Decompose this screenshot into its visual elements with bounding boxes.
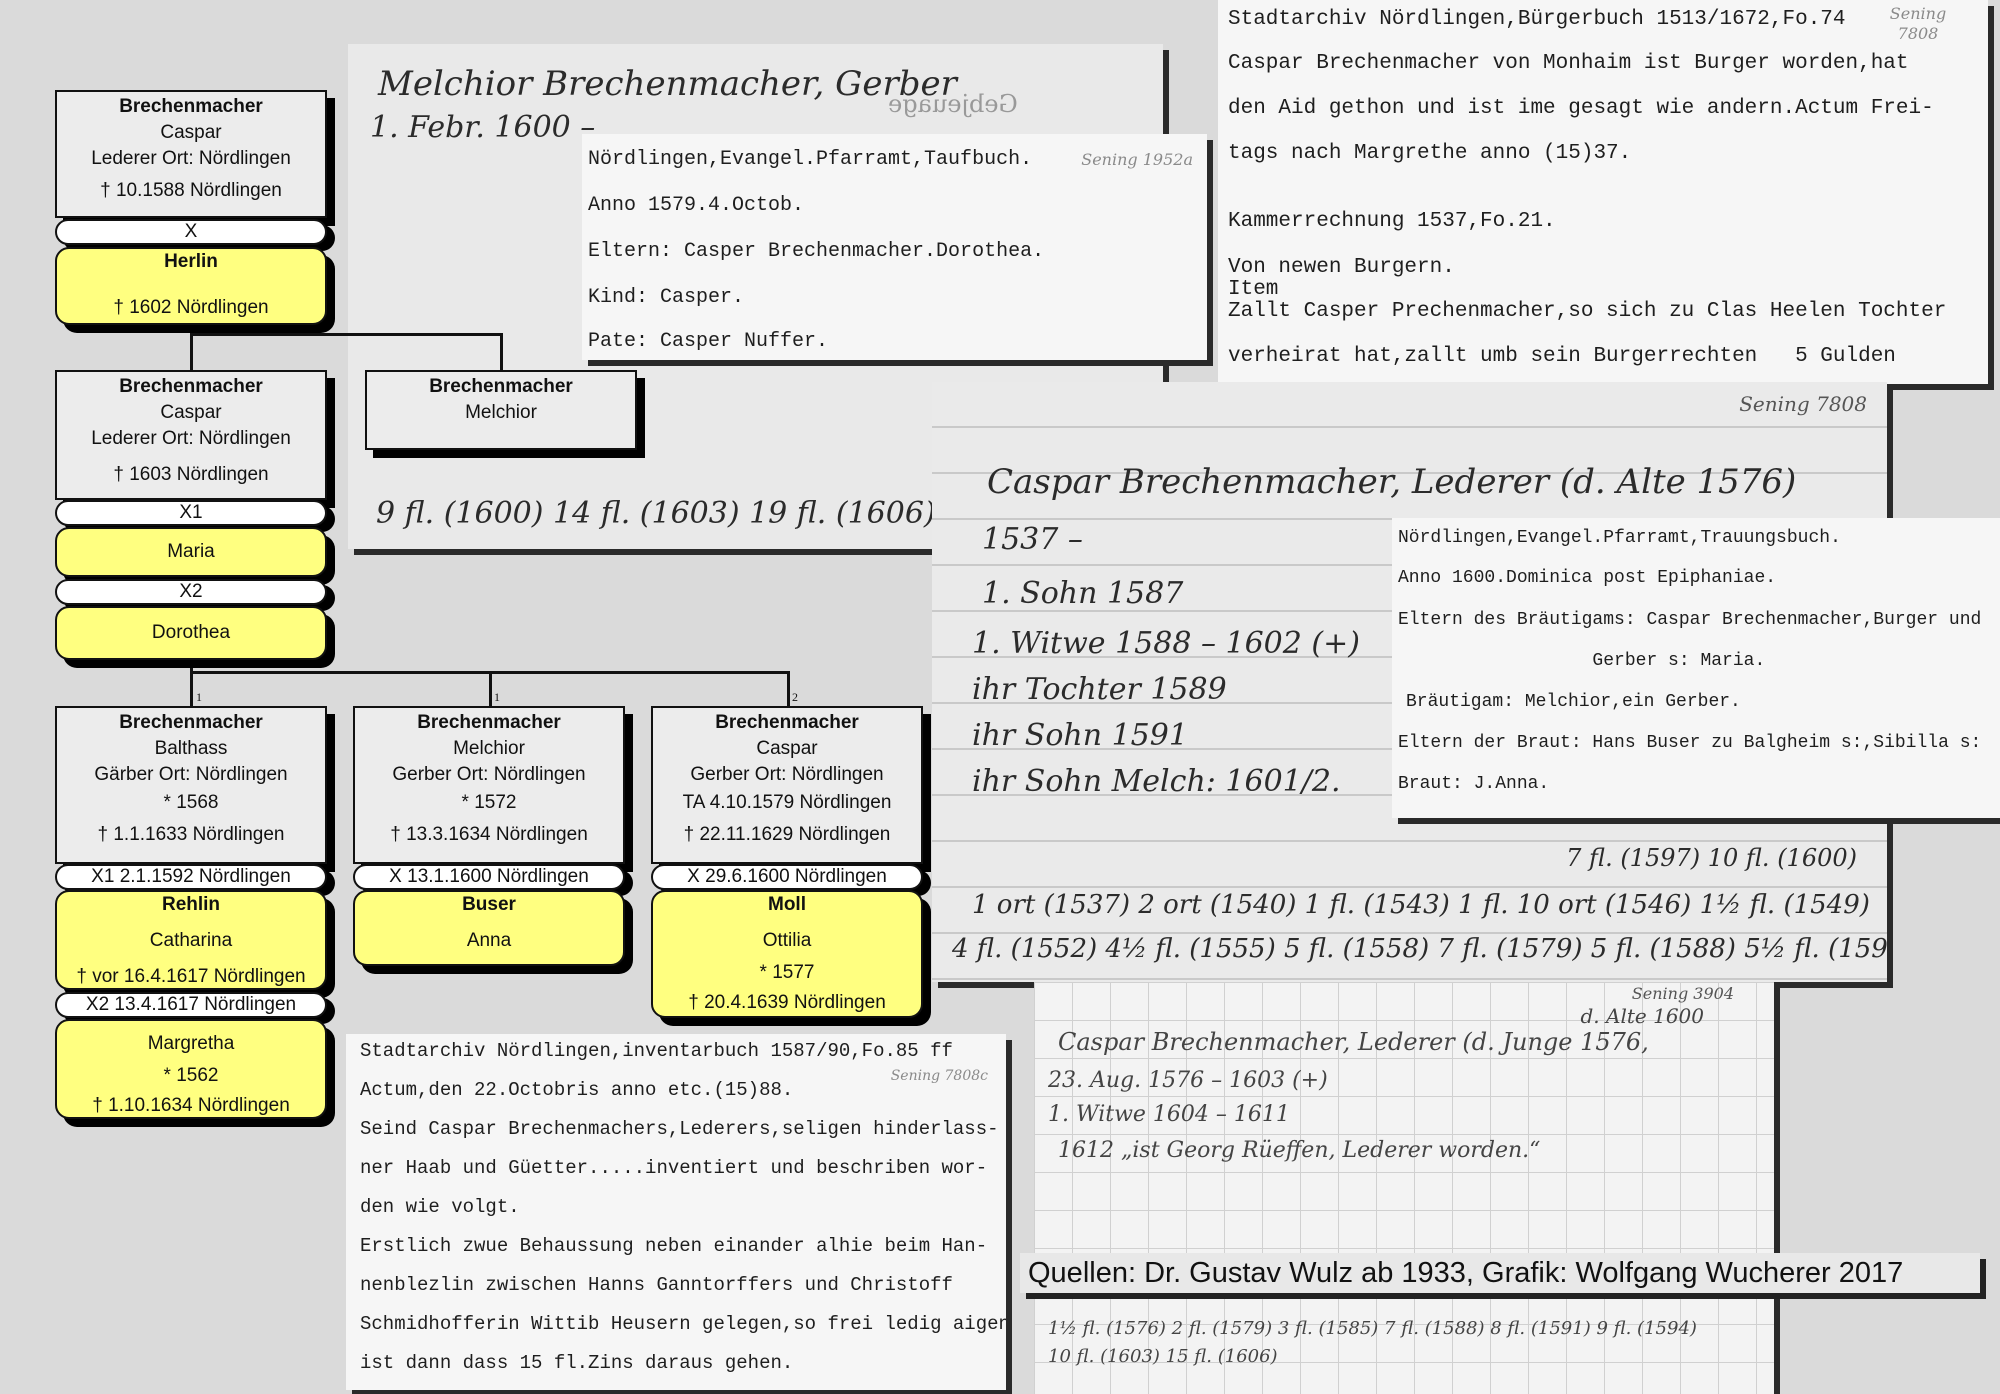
person-occupation: Gärber Ort: Nördlingen (57, 762, 325, 788)
spouse-death: † 20.4.1639 Nördlingen (653, 990, 921, 1016)
caspar-card-payments-top: 7 fl. (1597) 10 fl. (1600) (1566, 844, 1857, 872)
buergerbuch-line: tags nach Margrethe anno (15)37. (1228, 142, 1631, 165)
person-occupation: Gerber Ort: Nördlingen (653, 762, 921, 788)
spouse-surname: Rehlin (57, 892, 325, 918)
spouse-rehlin[interactable]: Rehlin Catharina † vor 16.4.1617 Nördlin… (55, 890, 327, 990)
trauungsbuch-line: Bräutigam: Melchior,ein Gerber. (1406, 692, 1741, 712)
marriage-label: X2 (55, 579, 327, 605)
person-occupation: Lederer Ort: Nördlingen (57, 146, 325, 172)
caspar-card-line: 1537 – (982, 522, 1083, 557)
grid-card-heading: Caspar Brechenmacher, Lederer (d. Junge … (1058, 1028, 1649, 1056)
caspar-card-line: ihr Sohn 1591 (972, 718, 1188, 753)
spouse-surname: Herlin (57, 249, 325, 275)
spouse-surname: Moll (653, 892, 921, 918)
inventarbuch-line: den wie volgt. (360, 1196, 520, 1218)
spouse-moll[interactable]: Moll Ottilia * 1577 † 20.4.1639 Nördling… (651, 890, 923, 1018)
person-caspar-gen3[interactable]: Brechenmacher Caspar Gerber Ort: Nördlin… (651, 706, 923, 864)
buergerbuch-signature: Sening 7808 (1888, 4, 1948, 44)
buergerbuch-line: den Aid gethon und ist ime gesagt wie an… (1228, 97, 1934, 120)
buergerbuch-line: Stadtarchiv Nördlingen,Bürgerbuch 1513/1… (1228, 8, 1846, 31)
buergerbuch-line: Von newen Burgern. (1228, 256, 1455, 279)
marriage-label: X2 13.4.1617 Nördlingen (55, 992, 327, 1018)
credits-caption: Quellen: Dr. Gustav Wulz ab 1933, Grafik… (1020, 1253, 1980, 1293)
grid-handwritten-card: Sening 3904 d. Alte 1600 Caspar Brechenm… (1034, 982, 1774, 1394)
person-given-name: Caspar (653, 736, 921, 762)
inventarbuch-line: Schmidhofferin Wittib Heusern gelegen,so… (360, 1313, 1006, 1335)
inventarbuch-line: Actum,den 22.Octobris anno etc.(15)88. (360, 1079, 793, 1101)
trauungsbuch-line: Nördlingen,Evangel.Pfarramt,Trauungsbuch… (1398, 528, 1841, 548)
inventarbuch-line: Seind Caspar Brechenmachers,Lederers,sel… (360, 1118, 999, 1140)
taufbuch-card: Sening 1952a Nördlingen,Evangel.Pfarramt… (582, 134, 1207, 360)
child-index: 1 (494, 690, 500, 705)
person-surname: Brechenmacher (355, 710, 623, 736)
melchior-card-mirror-text: Gebjeuage (888, 90, 1018, 118)
person-given-name: Caspar (57, 120, 325, 146)
person-birth: * 1568 (57, 790, 325, 816)
spouse-birth: * 1562 (57, 1063, 325, 1089)
spouse-maria[interactable]: Maria (55, 527, 327, 577)
marriage-label: X1 (55, 500, 327, 526)
spouse-given-name: Ottilia (653, 928, 921, 954)
person-surname: Brechenmacher (653, 710, 921, 736)
person-melchior-gen2[interactable]: Brechenmacher Melchior (365, 370, 637, 450)
inventarbuch-line: ner Haab und Güetter.....inventiert und … (360, 1157, 987, 1179)
spouse-given-name: Maria (57, 529, 325, 575)
connector-line (500, 333, 503, 371)
person-surname: Brechenmacher (57, 374, 325, 400)
person-given-name: Melchior (355, 736, 623, 762)
spouse-herlin[interactable]: Herlin † 1602 Nördlingen (55, 247, 327, 325)
spouse-death: † 1.10.1634 Nördlingen (57, 1093, 325, 1119)
buergerbuch-line: Kammerrechnung 1537,Fo.21. (1228, 210, 1556, 233)
spouse-buser[interactable]: Buser Anna (353, 890, 625, 966)
caspar-card-line: ihr Sohn Melch: 1601/2. (972, 764, 1341, 799)
caspar-card-payments: 1 ort (1537) 2 ort (1540) 1 fl. (1543) 1… (972, 890, 1870, 920)
taufbuch-signature: Sening 1952a (1081, 150, 1193, 169)
trauungsbuch-line: Gerber s: Maria. (1398, 651, 1765, 671)
person-given-name: Balthass (57, 736, 325, 762)
inventarbuch-line: Stadtarchiv Nördlingen,inventarbuch 1587… (360, 1040, 953, 1062)
grid-card-payments: 10 fl. (1603) 15 fl. (1606) (1048, 1346, 1278, 1367)
person-caspar-gen1[interactable]: Brechenmacher Caspar Lederer Ort: Nördli… (55, 90, 327, 218)
grid-card-payments: 1½ fl. (1576) 2 fl. (1579) 3 fl. (1585) … (1048, 1318, 1697, 1339)
grid-card-signature: Sening 3904 (1632, 984, 1734, 1003)
marriage-label: X (55, 219, 327, 245)
connector-line (190, 325, 193, 370)
spouse-given-name: Anna (355, 928, 623, 954)
melchior-card-date: 1. Febr. 1600 – (370, 110, 595, 145)
trauungsbuch-line: Braut: J.Anna. (1398, 774, 1549, 794)
person-balthass[interactable]: Brechenmacher Balthass Gärber Ort: Nördl… (55, 706, 327, 864)
inventarbuch-line: Erstlich zwue Behaussung neben einander … (360, 1235, 987, 1257)
connector-line (787, 671, 790, 706)
person-surname: Brechenmacher (57, 710, 325, 736)
caspar-card-line: ihr Tochter 1589 (972, 672, 1227, 707)
taufbuch-line: Pate: Casper Nuffer. (588, 330, 828, 353)
spouse-given-name: Catharina (57, 928, 325, 954)
buergerbuch-line: Zallt Casper Prechenmacher,so sich zu Cl… (1228, 300, 1946, 323)
person-given-name: Melchior (367, 400, 635, 426)
melchior-card-payments: 9 fl. (1600) 14 fl. (1603) 19 fl. (1606) (376, 496, 936, 531)
person-caspar-gen2[interactable]: Brechenmacher Caspar Lederer Ort: Nördli… (55, 370, 327, 500)
connector-line (190, 660, 193, 706)
spouse-given-name: Margretha (57, 1031, 325, 1057)
person-occupation: Gerber Ort: Nördlingen (355, 762, 623, 788)
grid-card-line: 23. Aug. 1576 – 1603 (+) (1048, 1068, 1328, 1093)
marriage-label: X 13.1.1600 Nördlingen (353, 864, 625, 890)
child-index: 2 (792, 690, 798, 705)
spouse-given-name: Dorothea (57, 608, 325, 658)
marriage-label: X 29.6.1600 Nördlingen (651, 864, 923, 890)
trauungsbuch-card: Nördlingen,Evangel.Pfarramt,Trauungsbuch… (1392, 518, 2000, 818)
spouse-birth: * 1577 (653, 960, 921, 986)
buergerbuch-line: verheirat hat,zallt umb sein Burgerrecht… (1228, 345, 1896, 368)
taufbuch-line: Anno 1579.4.Octob. (588, 194, 804, 217)
caspar-card-line: 1. Sohn 1587 (982, 576, 1183, 611)
inventarbuch-line: nenblezlin zwischen Hanns Ganntorffers u… (360, 1274, 953, 1296)
person-death: † 10.1588 Nördlingen (57, 178, 325, 204)
buergerbuch-card: Sening 7808 Stadtarchiv Nördlingen,Bürge… (1218, 0, 1988, 384)
caspar-card-signature: Sening 7808 (1739, 392, 1867, 416)
connector-line (190, 333, 502, 336)
connector-line (489, 671, 492, 706)
person-death: † 13.3.1634 Nördlingen (355, 822, 623, 848)
grid-card-note: d. Alte 1600 (1581, 1004, 1705, 1028)
person-death: † 22.11.1629 Nördlingen (653, 822, 921, 848)
person-surname: Brechenmacher (57, 94, 325, 120)
trauungsbuch-line: Anno 1600.Dominica post Epiphaniae. (1398, 568, 1776, 588)
spouse-margretha[interactable]: Margretha * 1562 † 1.10.1634 Nördlingen (55, 1019, 327, 1119)
marriage-label: X1 2.1.1592 Nördlingen (55, 864, 327, 890)
spouse-death: † 1602 Nördlingen (57, 295, 325, 321)
spouse-death: † vor 16.4.1617 Nördlingen (57, 964, 325, 990)
grid-card-line: 1612 „ist Georg Rüeffen, Lederer worden.… (1058, 1138, 1540, 1163)
melchior-card-heading: Melchior Brechenmacher, Gerber (378, 64, 957, 104)
inventarbuch-card: Sening 7808c Stadtarchiv Nördlingen,inve… (346, 1034, 1006, 1390)
person-surname: Brechenmacher (367, 374, 635, 400)
inventarbuch-signature: Sening 7808c (891, 1068, 988, 1084)
taufbuch-line: Kind: Casper. (588, 286, 744, 309)
person-occupation: Lederer Ort: Nördlingen (57, 426, 325, 452)
grid-card-line: 1. Witwe 1604 – 1611 (1048, 1102, 1290, 1127)
trauungsbuch-line: Eltern der Braut: Hans Buser zu Balgheim… (1398, 733, 1981, 753)
person-melchior-gen3[interactable]: Brechenmacher Melchior Gerber Ort: Nördl… (353, 706, 625, 864)
person-death: † 1603 Nördlingen (57, 462, 325, 488)
person-given-name: Caspar (57, 400, 325, 426)
spouse-surname: Buser (355, 892, 623, 918)
person-death: † 1.1.1633 Nördlingen (57, 822, 325, 848)
taufbuch-line: Eltern: Casper Brechenmacher.Dorothea. (588, 240, 1044, 263)
person-birth: * 1572 (355, 790, 623, 816)
spouse-dorothea[interactable]: Dorothea (55, 606, 327, 660)
inventarbuch-line: ist dann dass 15 fl.Zins daraus gehen. (360, 1352, 793, 1374)
buergerbuch-line: Item (1228, 278, 1278, 301)
caspar-card-line: 1. Witwe 1588 – 1602 (+) (972, 626, 1360, 661)
person-baptism: TA 4.10.1579 Nördlingen (653, 790, 921, 816)
buergerbuch-line: Caspar Brechenmacher von Monhaim ist Bur… (1228, 52, 1909, 75)
child-index: 1 (196, 690, 202, 705)
trauungsbuch-line: Eltern des Bräutigams: Caspar Brechenmac… (1398, 610, 1981, 630)
taufbuch-line: Nördlingen,Evangel.Pfarramt,Taufbuch. (588, 148, 1032, 171)
caspar-card-payments: 4 fl. (1552) 4½ fl. (1555) 5 fl. (1558) … (952, 934, 1887, 964)
caspar-card-heading: Caspar Brechenmacher, Lederer (d. Alte 1… (987, 462, 1796, 502)
